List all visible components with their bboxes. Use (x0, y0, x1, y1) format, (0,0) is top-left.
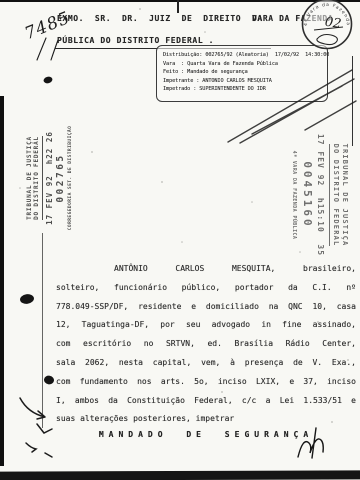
scanned-legal-document: 7485 EXMO. SR. DR. JUIZ DE DIREITO DA VA… (0, 0, 360, 480)
body-line: 778.049-SSP/DF, residente e domiciliado … (56, 298, 356, 317)
stamp-sector: CORREGEDORIA SET. DE DISTRIBUIÇÃO (68, 126, 73, 230)
body-line: com escritório no SRTVN, ed. Brasília Rá… (56, 335, 356, 354)
stamp-court-name: TRIBUNAL DE JUSTIÇA (340, 144, 349, 247)
distribution-row: Feito : Mandado de segurança (163, 68, 327, 77)
handwriting-flourishes (37, 38, 58, 60)
body-line: ANTÔNIO CARLOS MESQUITA, brasileiro, (56, 260, 356, 279)
handwritten-folio-number: 02 (324, 15, 342, 32)
body-line: solteiro, funcionário público, portador … (56, 279, 356, 298)
stamp-date: 17 FEV 92 h22 26 (45, 131, 54, 225)
document-title: MANDADO DE SEGURANÇA (56, 430, 356, 439)
scan-border-left (0, 96, 4, 466)
body-line: sala 2062, nesta capital, vem, à presenç… (56, 354, 356, 373)
body-line: suas alterações posteriores, impetrar (56, 410, 356, 429)
stamp-court-name: DO DISTRITO FEDERAL (329, 144, 340, 247)
stamp-sector: 4ª VARA DA FAZENDA PÚBLICA (291, 151, 297, 240)
scan-border-bottom (0, 470, 360, 480)
left-protocol-stamp: TRIBUNAL DE JUSTIÇA DO DISTRITO FEDERAL … (21, 113, 77, 243)
pen-arrow-marks (20, 398, 52, 457)
round-folio-stamp: 4ª Vara da Fazenda Pública 02 (297, 0, 357, 55)
body-line: com fundamento nos arts. 5o, inciso LXIX… (56, 373, 356, 392)
header-addressee-line2: PÚBLICA DO DISTRITO FEDERAL . (57, 36, 214, 45)
body-line: I, ambos da Constituição Federal, c/c a … (56, 392, 356, 411)
stamp-protocol-number: 0045160 (301, 161, 314, 228)
petition-body: ANTÔNIO CARLOS MESQUITA, brasileiro, sol… (56, 260, 356, 429)
body-line: 12, Taguatinga-DF, por seu advogado in f… (56, 316, 356, 335)
stamp-court-name: DO DISTRITO FEDERAL (33, 136, 43, 220)
scan-artifact-tick (177, 0, 179, 13)
stamp-protocol-number: 002765 (55, 153, 66, 202)
stamp-date: 17 FEV 92 h15:10 35 (316, 134, 325, 256)
distribution-row: Impetrante : ANTONIO CARLOS MESQUITA (163, 77, 327, 86)
stamp-court-name: TRIBUNAL DE JUSTIÇA (26, 136, 34, 220)
header-addressee-line1-left: EXMO. SR. DR. JUIZ DE DIREITO DA (57, 14, 263, 23)
distribution-row: Vara : Quarta Vara de Fazenda Pública (163, 60, 327, 69)
